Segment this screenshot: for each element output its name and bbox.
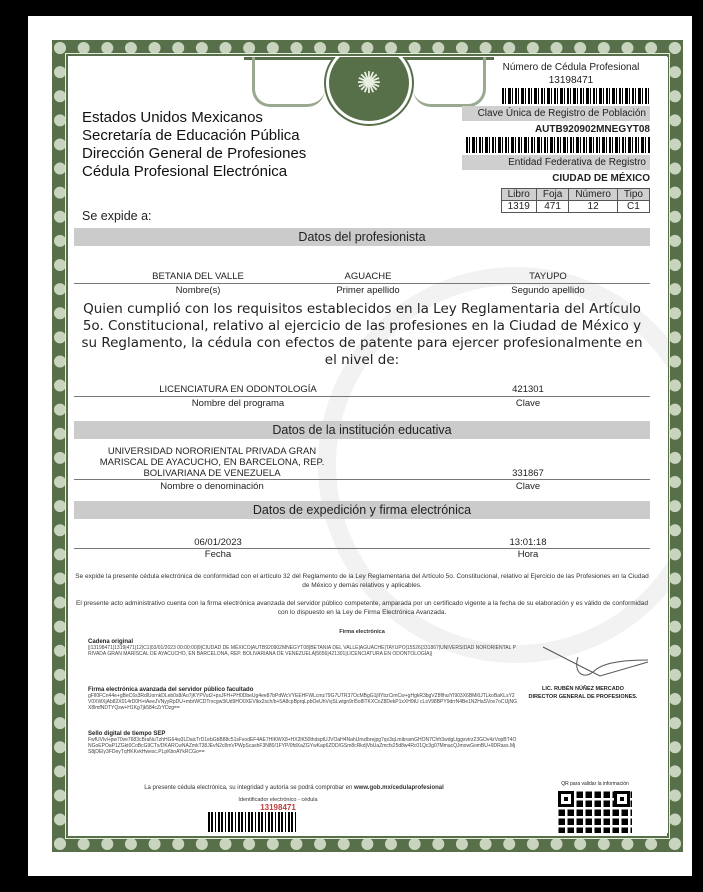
section-expedicion: Datos de expedición y firma electrónica xyxy=(74,501,650,519)
signer-name: LIC. RUBÉN NÚÑEZ MERCADO xyxy=(508,685,658,693)
sello-value: FwfUVlvl+pw70ve7683cBraNuTzhHG64w3LDaicT… xyxy=(88,737,516,755)
curp-value: AUTB920902MNEGYT08 xyxy=(462,121,650,136)
col-numero: Número xyxy=(569,189,618,201)
curp-label: Clave Única de Registro de Población xyxy=(462,106,650,121)
qr-label: QR para validar la información xyxy=(550,781,640,787)
entidad-label: Entidad Federativa de Registro xyxy=(462,155,650,170)
institucion-clave-label: Clave xyxy=(488,481,568,492)
verify-text: La presente cédula electrónica, su integ… xyxy=(74,785,514,791)
expide-label: Se expide a: xyxy=(82,209,152,223)
section-profesionista: Datos del profesionista xyxy=(74,228,650,246)
segundo-apellido-label: Segundo apellido xyxy=(478,285,618,296)
firma-title: Firma electrónica xyxy=(74,628,650,637)
col-foja: Foja xyxy=(536,189,568,201)
servidor-value: gFlI0FCn44e+gBeC6s3RdlUornkDLeb0s8/Ao7jK… xyxy=(88,693,517,711)
certificate-body: ✺ Estados Unidos Mexicanos Secretaría de… xyxy=(68,57,668,833)
entidad-value: CIUDAD DE MÉXICO xyxy=(462,170,650,185)
nombres-label: Nombre(s) xyxy=(118,285,278,296)
divider xyxy=(74,283,650,284)
segundo-apellido-value: TAYUPO xyxy=(478,271,618,282)
cadena-original: Cadena original ||13198471|1319|471|12|C… xyxy=(88,639,518,657)
eagle-seal-icon: ✺ xyxy=(326,57,412,124)
curp-barcode xyxy=(466,137,650,153)
signer-title: DIRECTOR GENERAL DE PROFESIONES. xyxy=(508,693,658,701)
issuer-header: Estados Unidos Mexicanos Secretaría de E… xyxy=(82,109,306,181)
header-line: Secretaría de Educación Pública xyxy=(82,127,306,145)
programa-label: Nombre del programa xyxy=(118,398,358,409)
verify-link[interactable]: www.gob.mx/cedulaprofesional xyxy=(354,785,444,791)
primer-apellido-value: AGUACHE xyxy=(298,271,438,282)
sello-digital: Sello digital de tiempo SEP FwfUVlvl+pw7… xyxy=(88,731,518,755)
fecha-label: Fecha xyxy=(168,549,268,560)
id-number: 13198471 xyxy=(218,803,338,812)
section-institucion: Datos de la institución educativa xyxy=(74,421,650,439)
firma-servidor: Firma electrónica avanzada del servidor … xyxy=(88,687,518,711)
hora-label: Hora xyxy=(478,549,578,560)
programa-value: LICENCIATURA EN ODONTOLOGÍA xyxy=(118,384,358,395)
fecha-value: 06/01/2023 xyxy=(168,537,268,548)
ornament-left-icon xyxy=(252,57,325,107)
header-line: Cédula Profesional Electrónica xyxy=(82,163,306,181)
tipo-value: C1 xyxy=(617,201,649,213)
cedula-number: 13198471 xyxy=(462,74,650,87)
col-libro: Libro xyxy=(501,189,536,201)
legal-text-2: El presente acto administrativo cuenta c… xyxy=(74,599,650,617)
legal-text-1: Se expide la presente cédula electrónica… xyxy=(74,572,650,590)
institucion-line: BOLIVARIANA DE VENEZUELA xyxy=(82,468,342,479)
header-line: Dirección General de Profesiones xyxy=(82,145,306,163)
divider xyxy=(74,479,650,480)
programa-clave-value: 421301 xyxy=(488,384,568,395)
institucion-value: UNIVERSIDAD NORORIENTAL PRIVADA GRAN MAR… xyxy=(82,446,342,479)
statement: Quien cumplió con los requisitos estable… xyxy=(74,301,650,369)
qr-code-icon[interactable] xyxy=(556,789,632,833)
header-line: Estados Unidos Mexicanos xyxy=(82,109,306,127)
primer-apellido-label: Primer apellido xyxy=(298,285,438,296)
divider xyxy=(74,396,650,397)
col-tipo: Tipo xyxy=(617,189,649,201)
cadena-value: ||13198471|1319|471|12|C1|03/01/2023 00:… xyxy=(88,645,516,657)
verify-sentence: La presente cédula electrónica, su integ… xyxy=(144,785,352,791)
libro-value: 1319 xyxy=(501,201,536,213)
institucion-line: MARISCAL DE AYACUCHO, EN BARCELONA, REP. xyxy=(82,457,342,468)
id-barcode xyxy=(208,812,298,832)
registry-table: Libro Foja Número Tipo 1319 471 12 C1 xyxy=(501,188,650,213)
programa-clave-label: Clave xyxy=(488,398,568,409)
numero-value: 12 xyxy=(569,201,618,213)
institucion-label: Nombre o denominación xyxy=(82,481,342,492)
institucion-clave-value: 331867 xyxy=(488,468,568,479)
signer-block: LIC. RUBÉN NÚÑEZ MERCADO DIRECTOR GENERA… xyxy=(508,685,658,701)
hora-value: 13:01:18 xyxy=(478,537,578,548)
foja-value: 471 xyxy=(536,201,568,213)
registry-block: Número de Cédula Profesional 13198471 Cl… xyxy=(462,61,650,213)
institucion-line: UNIVERSIDAD NORORIENTAL PRIVADA GRAN xyxy=(82,446,342,457)
cedula-label: Número de Cédula Profesional xyxy=(462,61,650,74)
cedula-barcode xyxy=(502,88,650,104)
nombres-value: BETANIA DEL VALLE xyxy=(118,271,278,282)
signature-icon xyxy=(538,642,658,682)
